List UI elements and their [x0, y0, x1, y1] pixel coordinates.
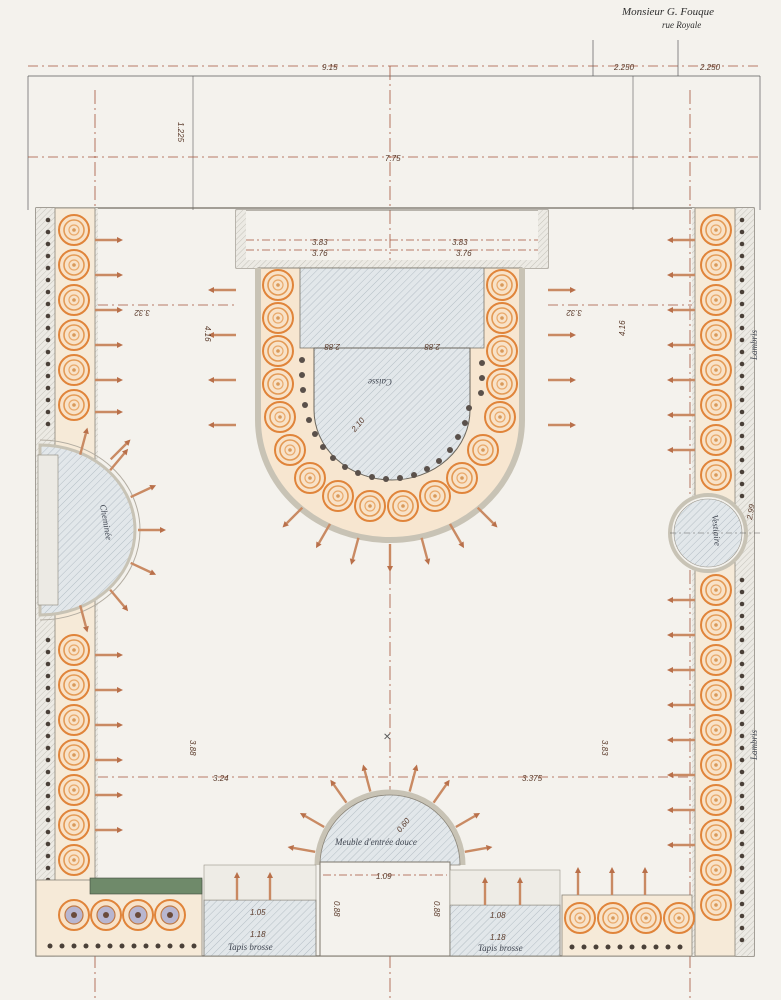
cheminee-alcove: Cheminée	[37, 427, 166, 633]
tapis-right-label: Tapis brosse	[478, 943, 523, 953]
dim-left-height-top: 1.225	[176, 122, 185, 143]
dim-right-niche: 2.99	[745, 503, 757, 521]
bottom-left-corner	[36, 878, 202, 956]
dim-bottom-right-span: 3.375	[522, 774, 543, 783]
dim-tapis-right-w2: 1.18	[490, 933, 506, 942]
dim-bottom-right-depth: 3.83	[600, 740, 609, 756]
entrance-door: 1.09 0.88 0.88	[320, 862, 450, 956]
dim-caisse-b: 2.88	[424, 342, 441, 351]
dim-alcove-b: 3.83	[452, 238, 468, 247]
dim-left-mid: 3.32	[134, 308, 150, 317]
architectural-plan-sheet: Monsieur G. Fouque rue Royale	[0, 0, 781, 1000]
dim-inner-width: 7.75	[385, 154, 401, 163]
meuble-alcove: Meuble d'entrée douce 0.60	[287, 764, 493, 865]
tapis-right: 1.08 1.18 Tapis brosse	[450, 870, 560, 956]
dim-right-mid: 3.32	[566, 308, 582, 317]
dim-door-width: 1.09	[376, 872, 392, 881]
dim-top-right-a: 2.250	[613, 63, 635, 72]
dim-tapis-left-w2: 1.18	[250, 930, 266, 939]
dim-caisse-a: 2.88	[324, 342, 341, 351]
bottom-right-corner	[562, 867, 694, 956]
tapis-left: 1.05 1.18 Tapis brosse	[204, 865, 316, 956]
dim-bottom-left-span: 3.24	[213, 774, 229, 783]
dim-left-depth: 4.16	[203, 326, 212, 342]
dim-alcove-c: 3.76	[312, 249, 328, 258]
meuble-label: Meuble d'entrée douce	[334, 837, 417, 847]
caisse-alcove: 3.83 3.83 3.76 3.76	[208, 210, 576, 572]
dim-alcove-a: 3.83	[312, 238, 328, 247]
dim-tapis-left-w1: 1.05	[250, 908, 266, 917]
dim-door-right-h: 0.88	[432, 901, 441, 917]
dim-bottom-left-depth: 3.88	[188, 740, 197, 756]
tapis-left-label: Tapis brosse	[228, 942, 273, 952]
dim-alcove-d: 3.76	[456, 249, 472, 258]
floor-plan-drawing: 9.15 2.250 2.250 7.75 1.225	[0, 0, 781, 1000]
lambris-label-2: Lambris	[749, 729, 759, 761]
caisse-label: Caisse	[368, 377, 392, 387]
dim-top-right-b: 2.250	[699, 63, 721, 72]
dim-tapis-right-w1: 1.08	[490, 911, 506, 920]
dim-right-depth: 4.16	[618, 320, 627, 336]
axis-mark-center: ✕	[383, 732, 391, 743]
lambris-label-1: Lambris	[749, 329, 759, 361]
right-border-band: Lambris Lambris	[667, 208, 759, 956]
dim-door-left-h: 0.88	[332, 901, 341, 917]
dim-top-overall: 9.15	[322, 63, 338, 72]
